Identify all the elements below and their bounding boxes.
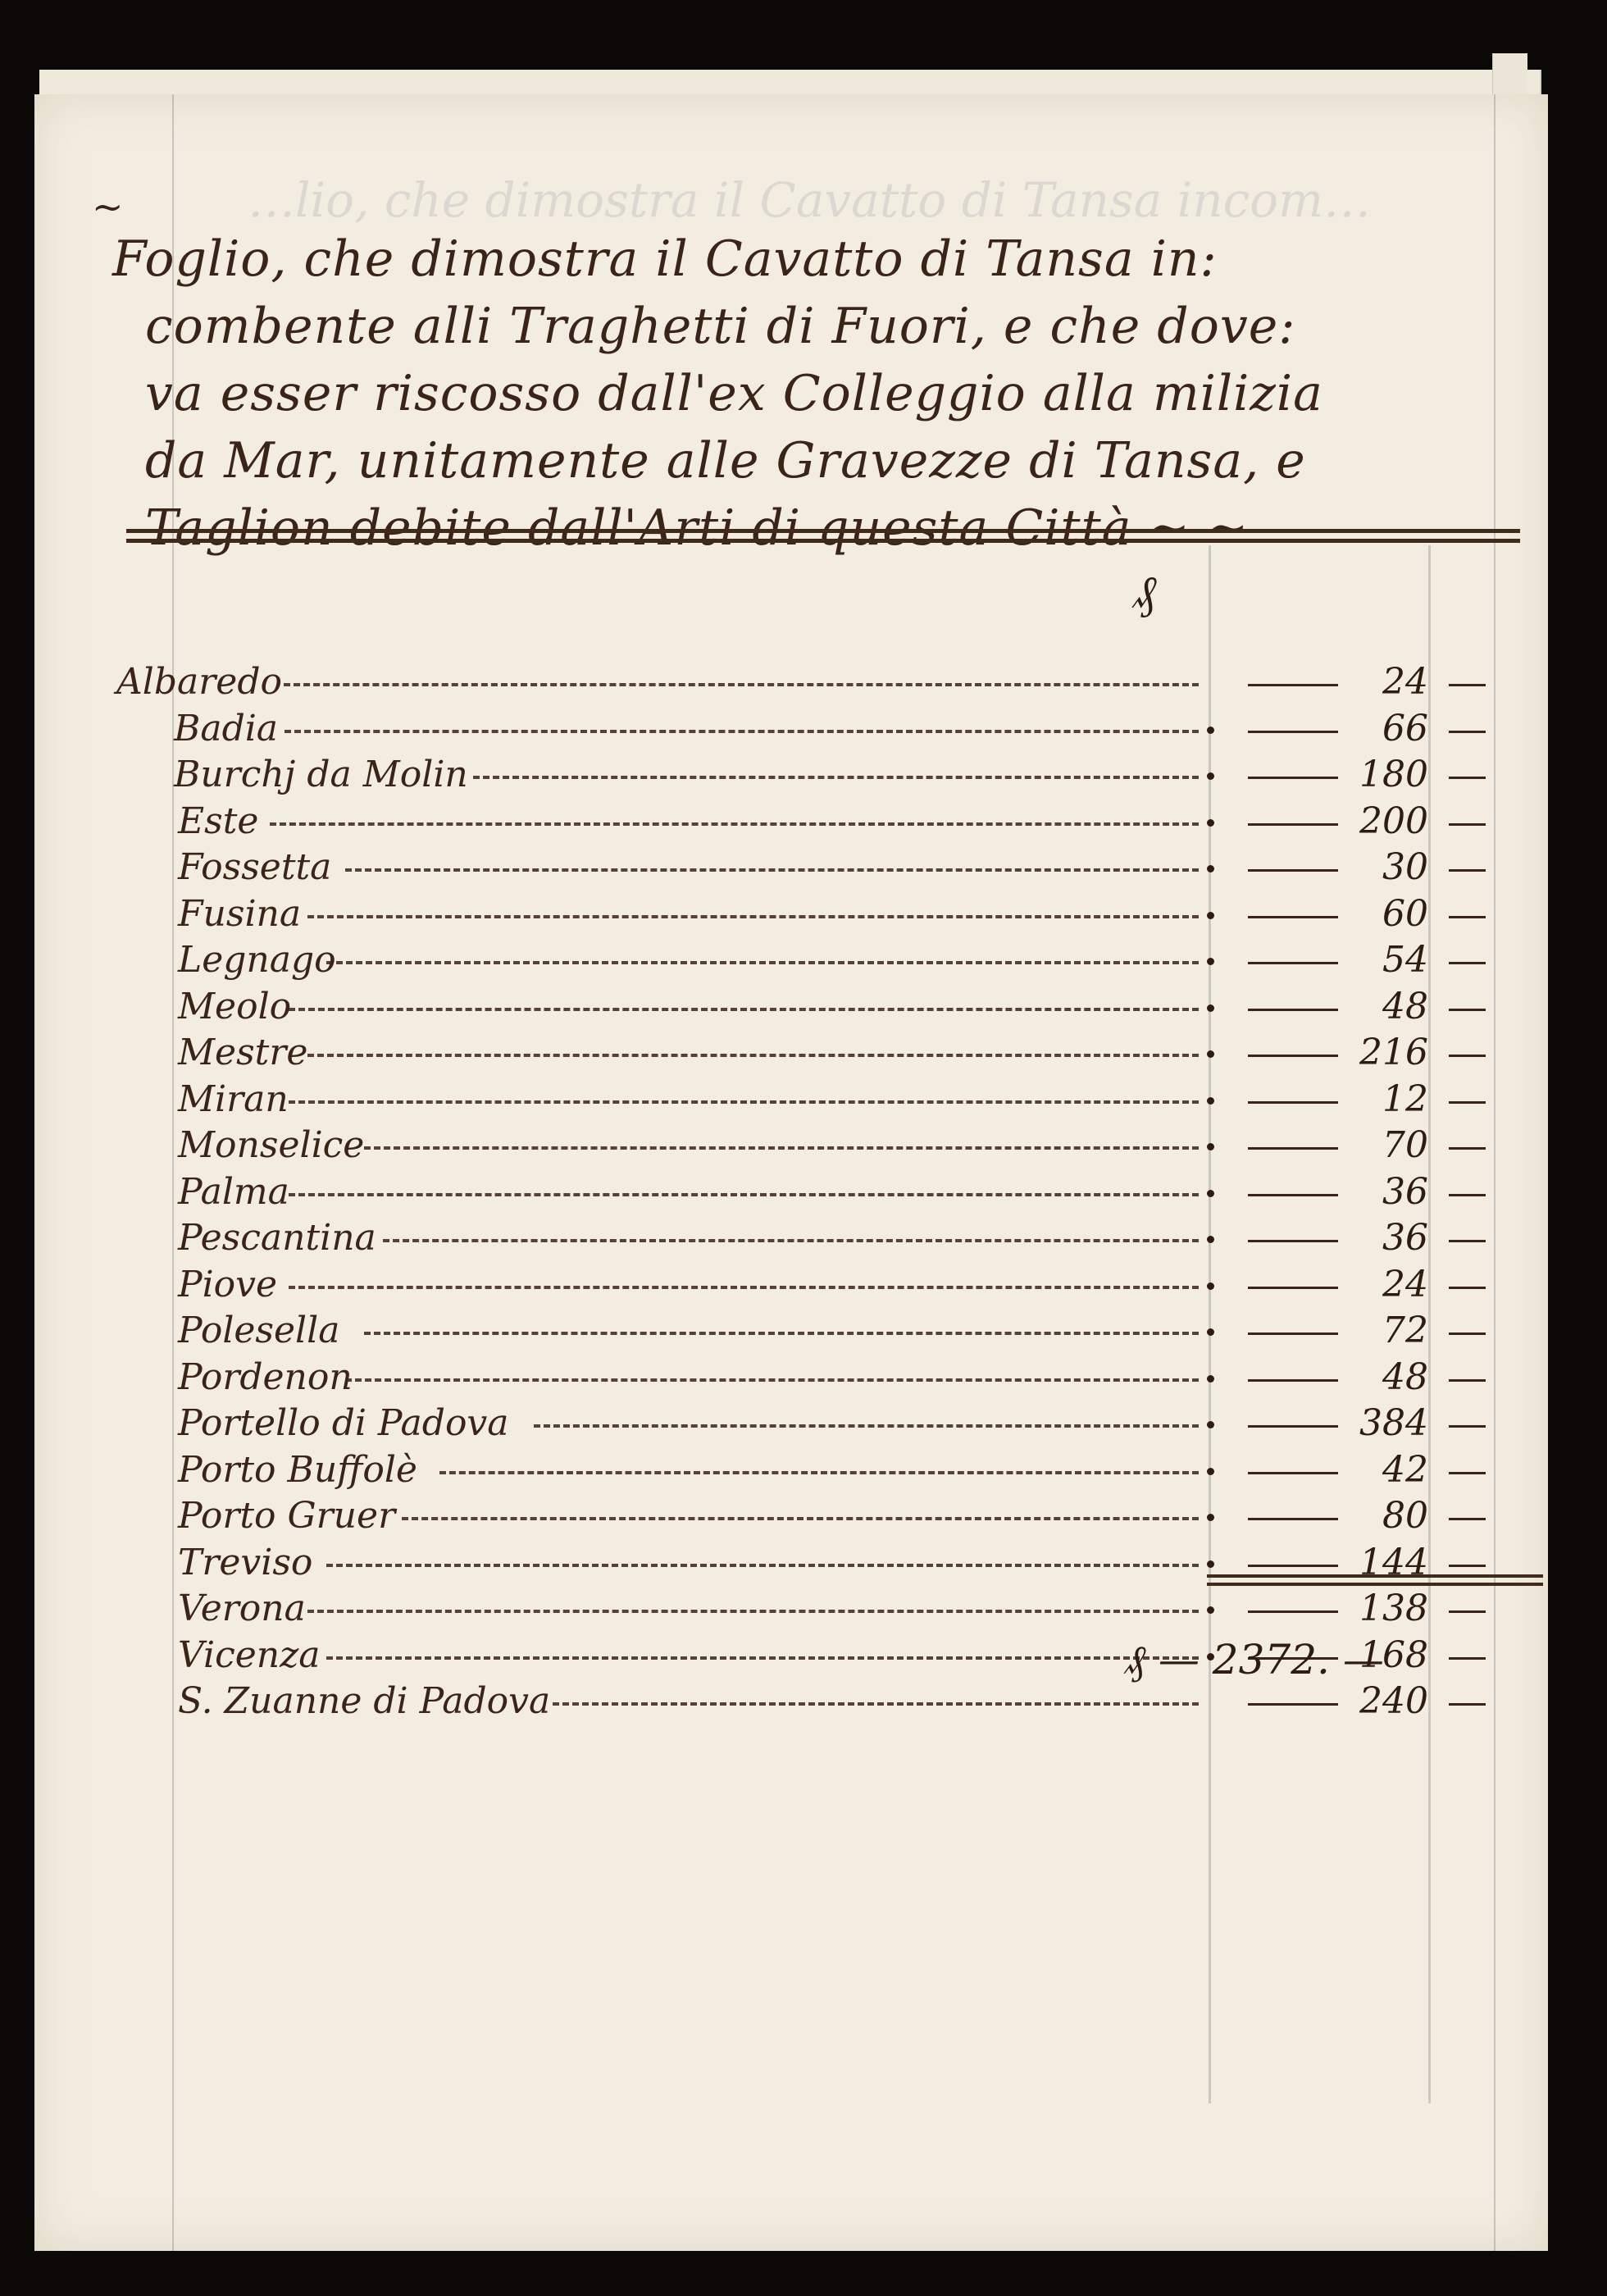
manuscript-page: …lio, che dimostra il Cavatto di Tansa i… <box>34 94 1548 2251</box>
entry-row: Legnago54 <box>34 938 1548 982</box>
entry-amount: 144 <box>1322 1541 1428 1585</box>
entry-amount: 24 <box>1322 660 1428 704</box>
entry-place-name: Vicenza <box>178 1633 321 1678</box>
leader-dashes <box>326 961 1199 964</box>
amount-tail-dash <box>1449 1610 1486 1613</box>
amount-tail-dash <box>1449 1101 1486 1104</box>
amount-tail-dash <box>1449 684 1486 686</box>
column-dot <box>1207 1421 1214 1428</box>
entry-place-name: Pordenon <box>178 1355 353 1400</box>
column-dot <box>1207 865 1214 872</box>
amount-tail-dash <box>1449 1287 1486 1289</box>
column-dot <box>1207 819 1214 827</box>
title-line-3: va esser riscosso dall'ex Colleggio alla… <box>112 360 1523 427</box>
entry-place-name: Porto Buffolè <box>178 1448 417 1492</box>
title-line-5: Taglion debite dall'Arti di questa Città… <box>112 494 1523 562</box>
entry-amount: 36 <box>1322 1216 1428 1260</box>
entry-row: Pescantina36 <box>34 1216 1548 1260</box>
entry-place-name: Albaredo <box>116 660 282 704</box>
title-line-1: Foglio, che dimostra il Cavatto di Tansa… <box>112 225 1523 293</box>
entry-amount: 66 <box>1322 707 1428 751</box>
leader-dashes <box>307 1610 1199 1613</box>
amount-tail-dash <box>1449 1472 1486 1474</box>
document-title: Foglio, che dimostra il Cavatto di Tansa… <box>112 225 1523 562</box>
leader-dashes <box>534 1424 1199 1428</box>
entry-place-name: Piove <box>178 1263 277 1307</box>
column-dot <box>1207 1190 1214 1197</box>
column-dot <box>1207 1606 1214 1614</box>
entry-amount: 240 <box>1322 1679 1428 1724</box>
leader-dashes <box>326 1564 1199 1567</box>
sum-rule-top <box>1207 1574 1543 1578</box>
amount-tail-dash <box>1449 823 1486 826</box>
entry-row: S. Zuanne di Padova240 <box>34 1679 1548 1724</box>
amount-tail-dash <box>1449 1425 1486 1428</box>
entry-place-name: Porto Gruer <box>178 1494 395 1538</box>
entry-place-name: Fusina <box>178 892 301 936</box>
entry-amount: 70 <box>1322 1123 1428 1168</box>
leader-dashes <box>307 1054 1199 1057</box>
entry-row: Piove24 <box>34 1263 1548 1307</box>
column-dot <box>1207 1004 1214 1012</box>
amount-tail-dash <box>1449 1657 1486 1660</box>
amount-tail-dash <box>1449 1147 1486 1150</box>
leader-dashes <box>402 1517 1199 1520</box>
entry-amount: 384 <box>1322 1401 1428 1446</box>
column-dot <box>1207 1050 1214 1058</box>
entry-row: Polesella72 <box>34 1309 1548 1353</box>
leader-dashes <box>345 1378 1199 1382</box>
leader-dashes <box>285 730 1199 733</box>
column-dot <box>1207 1560 1214 1568</box>
amount-tail-dash <box>1449 1194 1486 1196</box>
entry-amount: 48 <box>1322 985 1428 1029</box>
column-dot <box>1207 1328 1214 1336</box>
entry-amount: 60 <box>1322 892 1428 936</box>
entry-place-name: Miran <box>178 1077 289 1122</box>
entry-amount: 24 <box>1322 1263 1428 1307</box>
entry-place-name: S. Zuanne di Padova <box>178 1679 550 1724</box>
currency-symbol-top: ₰ <box>1133 566 1156 619</box>
leader-dashes <box>270 822 1199 826</box>
column-dot <box>1207 1236 1214 1243</box>
entry-row: Este200 <box>34 799 1548 844</box>
title-double-rule-bottom <box>126 539 1520 543</box>
entry-amount: 12 <box>1322 1077 1428 1122</box>
column-dot <box>1207 958 1214 965</box>
entry-row: Mestre216 <box>34 1031 1548 1075</box>
entry-row: Porto Buffolè42 <box>34 1448 1548 1492</box>
sum-rule-bottom <box>1207 1583 1543 1586</box>
leader-dashes <box>473 776 1199 779</box>
entry-row: Verona138 <box>34 1587 1548 1631</box>
column-dot <box>1207 1097 1214 1105</box>
bleed-through-text: …lio, che dimostra il Cavatto di Tansa i… <box>248 172 1371 228</box>
amount-tail-dash <box>1449 1055 1486 1057</box>
leader-dashes <box>345 868 1199 872</box>
leader-dashes <box>383 1239 1199 1242</box>
entry-place-name: Este <box>178 799 258 844</box>
amount-tail-dash <box>1449 777 1486 779</box>
entry-place-name: Verona <box>178 1587 306 1631</box>
column-dot <box>1207 912 1214 919</box>
amount-tail-dash <box>1449 1518 1486 1520</box>
leader-dashes <box>289 1193 1199 1196</box>
grand-total: ₰ — 2372. — <box>1125 1636 1384 1683</box>
column-dot <box>1207 772 1214 780</box>
column-dot <box>1207 1143 1214 1150</box>
amount-tail-dash <box>1449 1565 1486 1567</box>
leader-dashes <box>439 1471 1199 1474</box>
column-dot <box>1207 1468 1214 1475</box>
entry-place-name: Meolo <box>178 985 291 1029</box>
title-flourish-mark: ~ <box>92 184 124 229</box>
amount-tail-dash <box>1449 731 1486 733</box>
amount-tail-dash <box>1449 1332 1486 1335</box>
entry-place-name: Pescantina <box>178 1216 376 1260</box>
leader-dashes <box>553 1702 1199 1706</box>
entry-row: Portello di Padova384 <box>34 1401 1548 1446</box>
entry-row: Miran12 <box>34 1077 1548 1122</box>
entry-place-name: Portello di Padova <box>178 1401 509 1446</box>
entry-row: Badia66 <box>34 707 1548 751</box>
entry-row: Fossetta30 <box>34 845 1548 890</box>
entry-row: Monselice70 <box>34 1123 1548 1168</box>
entry-row: Meolo48 <box>34 985 1548 1029</box>
amount-tail-dash <box>1449 916 1486 918</box>
amount-tail-dash <box>1449 1240 1486 1242</box>
entry-row: Porto Gruer80 <box>34 1494 1548 1538</box>
entry-amount: 30 <box>1322 845 1428 890</box>
column-dot <box>1207 1282 1214 1290</box>
entry-row: Albaredo24 <box>34 660 1548 704</box>
entry-place-name: Treviso <box>178 1541 312 1585</box>
entry-place-name: Badia <box>174 707 278 751</box>
title-double-rule-top <box>126 529 1520 533</box>
leader-dashes <box>364 1146 1199 1150</box>
column-dot <box>1207 1514 1214 1521</box>
column-dot <box>1207 1375 1214 1383</box>
entry-amount: 72 <box>1322 1309 1428 1353</box>
entry-place-name: Mestre <box>178 1031 307 1075</box>
leader-dashes <box>289 1008 1199 1011</box>
title-line-4: da Mar, unitamente alle Gravezze di Tans… <box>112 427 1523 494</box>
entry-amount: 48 <box>1322 1355 1428 1400</box>
entry-amount: 180 <box>1322 753 1428 797</box>
entry-amount: 80 <box>1322 1494 1428 1538</box>
leader-dashes <box>326 1656 1199 1660</box>
amount-tail-dash <box>1449 1379 1486 1382</box>
entry-place-name: Burchj da Molin <box>174 753 468 797</box>
leader-dashes <box>364 1332 1199 1335</box>
amount-tail-dash <box>1449 962 1486 964</box>
leader-dashes <box>284 683 1199 686</box>
entry-row: Treviso144 <box>34 1541 1548 1585</box>
amount-tail-dash <box>1449 1703 1486 1706</box>
leader-dashes <box>289 1100 1199 1104</box>
entry-amount: 54 <box>1322 938 1428 982</box>
entry-place-name: Monselice <box>178 1123 364 1168</box>
entry-row: Fusina60 <box>34 892 1548 936</box>
amount-tail-dash <box>1449 869 1486 872</box>
entry-place-name: Fossetta <box>178 845 331 890</box>
entry-amount: 36 <box>1322 1170 1428 1214</box>
entry-place-name: Polesella <box>178 1309 339 1353</box>
entry-place-name: Palma <box>178 1170 289 1214</box>
entry-amount: 200 <box>1322 799 1428 844</box>
entry-row: Palma36 <box>34 1170 1548 1214</box>
title-line-2: combente alli Traghetti di Fuori, e che … <box>112 293 1523 360</box>
entry-amount: 42 <box>1322 1448 1428 1492</box>
entry-amount: 138 <box>1322 1587 1428 1631</box>
leader-dashes <box>289 1286 1199 1289</box>
amount-tail-dash <box>1449 1009 1486 1011</box>
entry-amount: 216 <box>1322 1031 1428 1075</box>
column-dot <box>1207 727 1214 734</box>
entry-row: Burchj da Molin180 <box>34 753 1548 797</box>
entry-place-name: Legnago <box>178 938 336 982</box>
leader-dashes <box>307 915 1199 918</box>
entry-row: Pordenon48 <box>34 1355 1548 1400</box>
